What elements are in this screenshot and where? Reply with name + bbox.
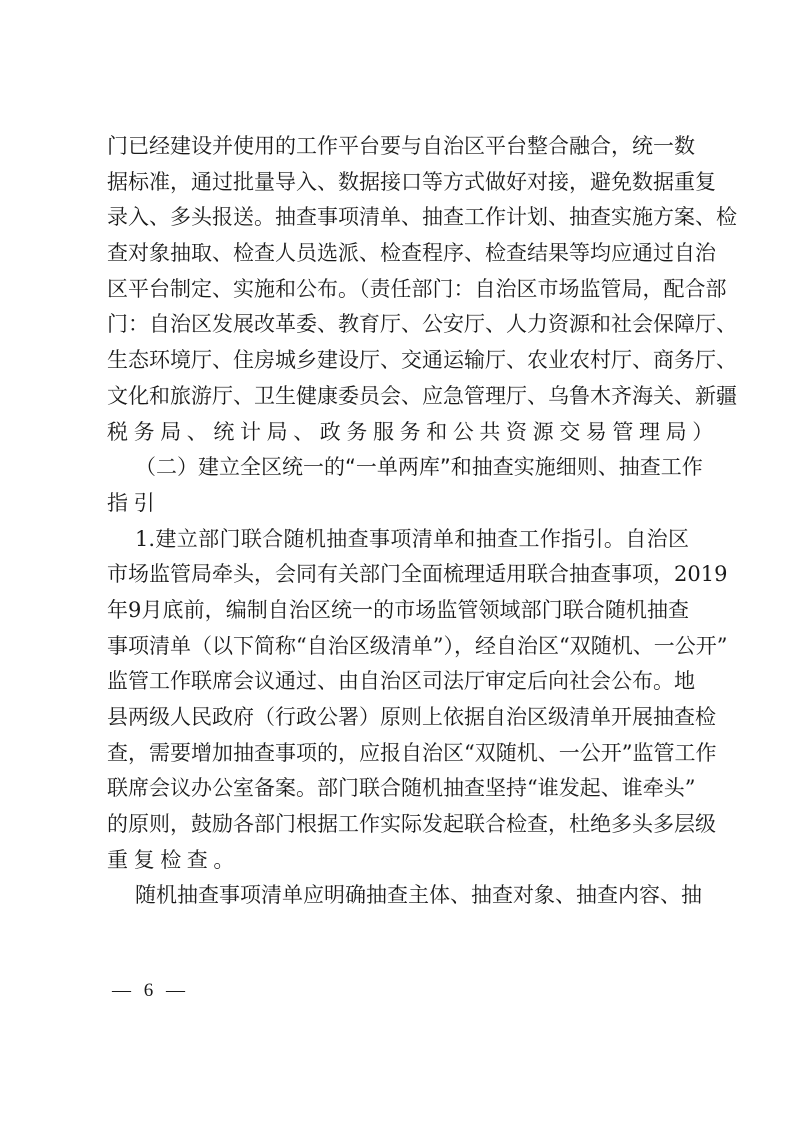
text-line: 市场监管局牵头，会同有关部门全面梳理适用联合抽查事项，2019 (107, 557, 689, 593)
text-line: 门：自治区发展改革委、教育厅、公安厅、人力资源和社会保障厅、 (107, 307, 689, 343)
text-line: 区平台制定、实施和公布。（责任部门：自治区市场监管局，配合部 (107, 272, 689, 308)
section-heading-line: 指引 (107, 486, 689, 522)
text-line: 门已经建设并使用的工作平台要与自治区平台整合融合，统一数 (107, 129, 689, 165)
text-line: 录入、多头报送。抽查事项清单、抽查工作计划、抽查实施方案、检 (107, 200, 689, 236)
text-line: 文化和旅游厅、卫生健康委员会、应急管理厅、乌鲁木齐海关、新疆 (107, 379, 689, 415)
text-line: 查，需要增加抽查事项的，应报自治区“双随机、一公开”监管工作 (107, 736, 689, 772)
text-line: 重复检查。 (107, 843, 689, 879)
page-number: — 6 — (112, 978, 189, 1004)
body-text: 门已经建设并使用的工作平台要与自治区平台整合融合，统一数 据标准，通过批量导入、… (107, 129, 689, 914)
text-line: 的原则，鼓励各部门根据工作实际发起联合检查，杜绝多头多层级 (107, 807, 689, 843)
text-line: 生态环境厅、住房城乡建设厅、交通运输厅、农业农村厅、商务厅、 (107, 343, 689, 379)
text-line: 1.建立部门联合随机抽查事项清单和抽查工作指引。自治区 (107, 522, 689, 558)
text-line: 事项清单（以下简称“自治区级清单”），经自治区“双随机、一公开” (107, 629, 689, 665)
document-page: 门已经建设并使用的工作平台要与自治区平台整合融合，统一数 据标准，通过批量导入、… (0, 0, 793, 1122)
text-line: 查对象抽取、检查人员选派、检查程序、检查结果等均应通过自治 (107, 236, 689, 272)
text-line: 联席会议办公室备案。部门联合随机抽查坚持“谁发起、谁牵头” (107, 771, 689, 807)
text-line: 年9月底前，编制自治区统一的市场监管领域部门联合随机抽查 (107, 593, 689, 629)
text-line: 据标准，通过批量导入、数据接口等方式做好对接，避免数据重复 (107, 165, 689, 201)
text-line: 县两级人民政府（行政公署）原则上依据自治区级清单开展抽查检 (107, 700, 689, 736)
section-heading-line: （二）建立全区统一的“一单两库”和抽查实施细则、抽查工作 (107, 450, 689, 486)
text-line: 监管工作联席会议通过、由自治区司法厅审定后向社会公布。地 (107, 664, 689, 700)
text-line: 税务局、统计局、政务服务和公共资源交易管理局） (107, 415, 689, 451)
text-line: 随机抽查事项清单应明确抽查主体、抽查对象、抽查内容、抽 (107, 878, 689, 914)
